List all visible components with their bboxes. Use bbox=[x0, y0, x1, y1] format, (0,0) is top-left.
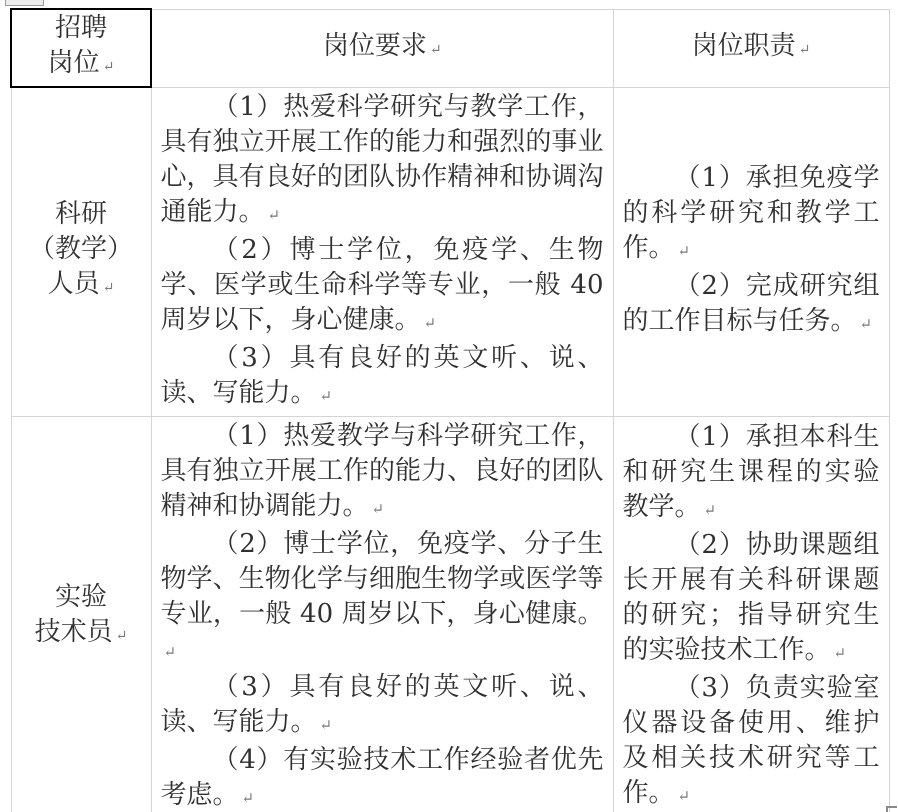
duty-item: （2）完成研究组的工作目标与任务。↵ bbox=[623, 269, 880, 342]
table-row-technician: 实验 技术员↵ （1）热爱教学与科学研究工作，具有独立开展工作的能力、良好的团队… bbox=[11, 416, 889, 812]
requirement-item: （3）具有良好的英文听、说、读、写能力。↵ bbox=[161, 670, 604, 743]
paragraph-mark-icon: ↵ bbox=[103, 271, 115, 306]
paragraph-text: （2）完成研究组的工作目标与任务。 bbox=[623, 271, 880, 336]
paragraph-mark-icon: ↵ bbox=[678, 779, 691, 812]
paragraph-text: （3）负责实验室仪器设备使用、维护及相关技术研究等工作。 bbox=[623, 673, 880, 808]
header-position-label: 招聘 岗位 bbox=[48, 13, 107, 78]
requirement-item: （2）博士学位，免疫学、分子生物学、生物化学与细胞生物学或医学等专业，一般 40… bbox=[161, 527, 604, 670]
requirement-item: （2）博士学位，免疫学、生物学、医学或生命科学等专业，一般 40 周岁以下，身心… bbox=[161, 233, 604, 341]
duties-cell-technician: （1）承担本科生和研究生课程的实验教学。↵ （2）协助课题组长开展有关科研课题的… bbox=[613, 416, 889, 812]
paragraph-text: （1）承担本科生和研究生课程的实验教学。 bbox=[623, 422, 880, 522]
requirement-item: （1）热爱科学研究与教学工作，具有独立开展工作的能力和强烈的事业心，具有良好的团… bbox=[161, 90, 604, 233]
requirements-cell-researcher: （1）热爱科学研究与教学工作，具有独立开展工作的能力和强烈的事业心，具有良好的团… bbox=[151, 87, 613, 416]
table-resize-handle[interactable] bbox=[886, 806, 897, 812]
header-cell-position: 招聘 岗位↵ bbox=[11, 9, 151, 87]
position-label: 实验 技术员 bbox=[35, 582, 113, 647]
duties-cell-researcher: （1）承担免疫学的科学研究和教学工作。↵ （2）完成研究组的工作目标与任务。↵ bbox=[613, 87, 889, 416]
paragraph-mark-icon: ↵ bbox=[268, 198, 281, 233]
paragraph-mark-icon: ↵ bbox=[103, 50, 115, 85]
requirement-item: （3）具有良好的英文听、说、读、写能力。↵ bbox=[161, 341, 604, 414]
paragraph-mark-icon: ↵ bbox=[424, 306, 437, 341]
paragraph-text: （3）具有良好的英文听、说、读、写能力。 bbox=[161, 343, 604, 408]
paragraph-mark-icon: ↵ bbox=[320, 708, 333, 743]
position-cell-technician: 实验 技术员↵ bbox=[11, 416, 151, 812]
paragraph-mark-icon: ↵ bbox=[320, 379, 333, 414]
duty-item: （3）负责实验室仪器设备使用、维护及相关技术研究等工作。↵ bbox=[623, 671, 880, 812]
paragraph-mark-icon: ↵ bbox=[678, 234, 691, 269]
header-cell-requirements: 岗位要求↵ bbox=[151, 9, 613, 87]
paragraph-mark-icon: ↵ bbox=[242, 781, 255, 812]
table-row-researcher: 科研 （教学） 人员↵ （1）热爱科学研究与教学工作，具有独立开展工作的能力和强… bbox=[11, 87, 889, 416]
document-page: 招聘 岗位↵ 岗位要求↵ 岗位职责↵ 科研 （教学） 人员↵ （1）热爱科学研究… bbox=[0, 0, 898, 812]
paragraph-mark-icon: ↵ bbox=[164, 635, 177, 670]
paragraph-mark-icon: ↵ bbox=[860, 307, 873, 342]
duty-item: （2）协助课题组长开展有关科研课题的研究；指导研究生的实验技术工作。↵ bbox=[623, 528, 880, 671]
table-header-row: 招聘 岗位↵ 岗位要求↵ 岗位职责↵ bbox=[11, 9, 889, 87]
paragraph-text: （2）博士学位，免疫学、分子生物学、生物化学与细胞生物学或医学等专业，一般 40… bbox=[161, 529, 604, 629]
paragraph-mark-icon: ↵ bbox=[372, 492, 385, 527]
paragraph-mark-icon: ↵ bbox=[116, 619, 128, 654]
paragraph-text: （3）具有良好的英文听、说、读、写能力。 bbox=[161, 672, 604, 737]
duty-item: （1）承担免疫学的科学研究和教学工作。↵ bbox=[623, 161, 880, 269]
paragraph-mark-icon: ↵ bbox=[704, 493, 717, 528]
header-duties-label: 岗位职责 bbox=[692, 31, 796, 61]
header-cell-duties: 岗位职责↵ bbox=[613, 9, 889, 87]
position-cell-researcher: 科研 （教学） 人员↵ bbox=[11, 87, 151, 416]
recruitment-table: 招聘 岗位↵ 岗位要求↵ 岗位职责↵ 科研 （教学） 人员↵ （1）热爱科学研究… bbox=[10, 8, 890, 812]
duty-item: （1）承担本科生和研究生课程的实验教学。↵ bbox=[623, 420, 880, 528]
paragraph-mark-icon: ↵ bbox=[430, 33, 442, 68]
requirements-cell-technician: （1）热爱教学与科学研究工作，具有独立开展工作的能力、良好的团队精神和协调能力。… bbox=[151, 416, 613, 812]
paragraph-text: （1）承担免疫学的科学研究和教学工作。 bbox=[623, 163, 880, 263]
paragraph-mark-icon: ↵ bbox=[799, 33, 811, 68]
requirement-item: （4）有实验技术工作经验者优先考虑。↵ bbox=[161, 743, 604, 812]
paragraph-text: （1）热爱科学研究与教学工作，具有独立开展工作的能力和强烈的事业心，具有良好的团… bbox=[161, 92, 604, 227]
paragraph-text: （4）有实验技术工作经验者优先考虑。 bbox=[161, 745, 604, 810]
paragraph-text: （2）博士学位，免疫学、生物学、医学或生命科学等专业，一般 40 周岁以下，身心… bbox=[161, 235, 604, 335]
paragraph-mark-icon: ↵ bbox=[834, 636, 847, 671]
requirement-item: （1）热爱教学与科学研究工作，具有独立开展工作的能力、良好的团队精神和协调能力。… bbox=[161, 419, 604, 527]
table-move-handle[interactable] bbox=[5, 0, 44, 6]
header-requirements-label: 岗位要求 bbox=[323, 31, 427, 61]
position-label: 科研 （教学） 人员 bbox=[29, 199, 133, 299]
